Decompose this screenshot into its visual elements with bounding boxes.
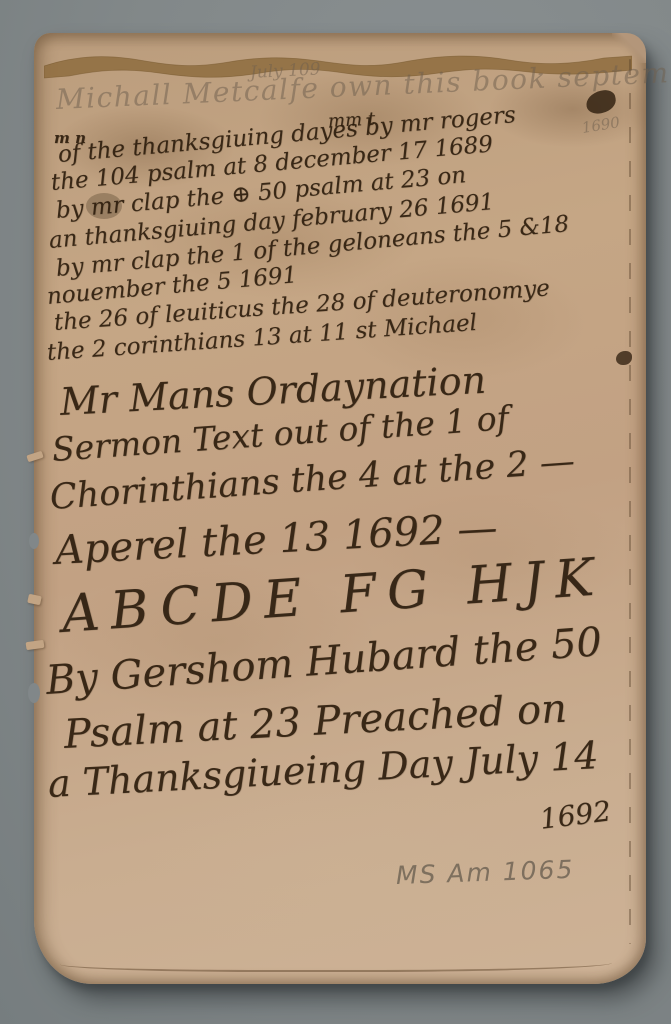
lower-line-year: 1692	[538, 794, 613, 835]
paper-notch	[28, 683, 40, 703]
paper-tear	[26, 640, 45, 650]
owner-inscription-year: 1690	[581, 113, 622, 137]
right-edge-crease	[629, 59, 631, 944]
paper-tear	[26, 451, 43, 463]
photograph-background: July 109 Michall Metcalfe own this book …	[0, 0, 671, 1024]
paper-tear	[27, 594, 42, 606]
manuscript-page: July 109 Michall Metcalfe own this book …	[34, 33, 646, 984]
page-bottom-edge	[60, 952, 612, 972]
paper-notch	[29, 533, 39, 549]
catalog-number: MS Am 1065	[395, 855, 574, 890]
